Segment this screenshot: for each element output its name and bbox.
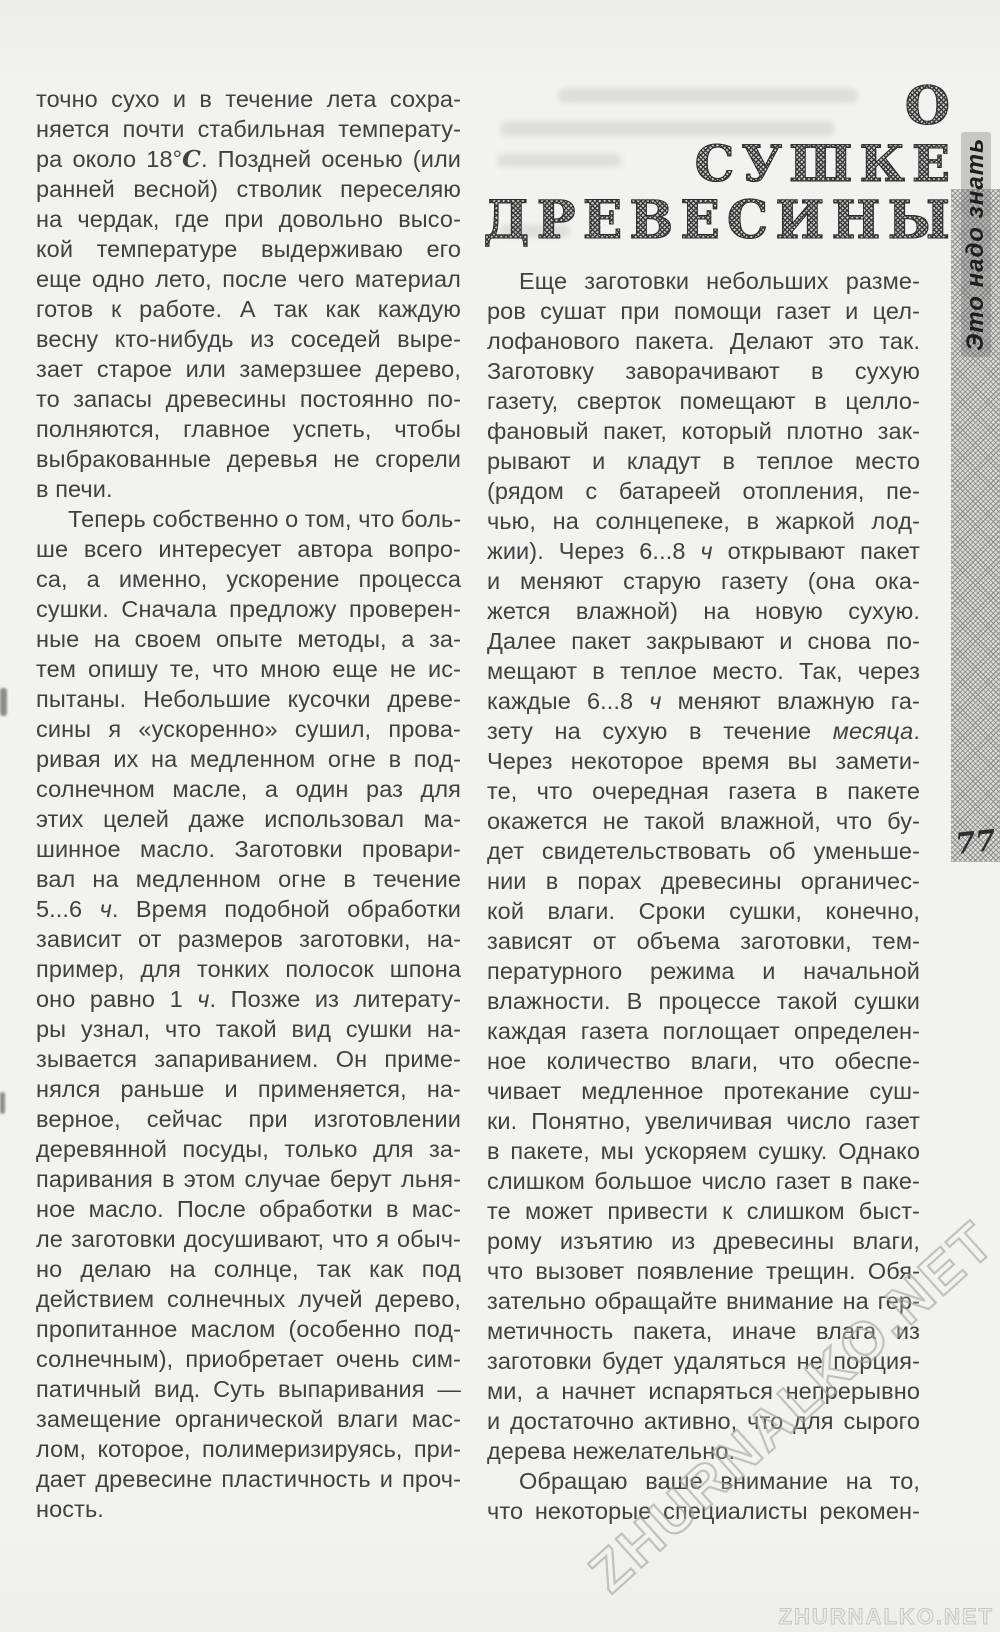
text-segment: ше всего интересует автора вопро- [36, 536, 461, 562]
text-line: Через некоторое время вы замети- [487, 746, 920, 776]
text-segment: Еще заготовки небольших разме- [519, 268, 920, 294]
text-line: зависят от объема заготовки, тем- [487, 926, 920, 956]
text-line: зывается запариванием. Он приме- [36, 1044, 461, 1074]
text-segment: ров сушат при помощи газет и цел- [487, 298, 920, 324]
text-segment: ч [649, 688, 661, 714]
text-segment: (рядом с батареей отопления, пе- [487, 478, 920, 504]
text-segment: фановый пакет, который плотно зак- [487, 418, 920, 444]
text-line: ные на своем опыте методы, а за- [36, 624, 461, 654]
text-line: чивает медленное протекание суш- [487, 1076, 920, 1106]
text-segment: рывают и кладут в теплое место [487, 448, 920, 474]
text-segment: ное масло. После обработки в мас- [36, 1196, 461, 1222]
title-line-1: О [483, 78, 957, 138]
scan-edge-mark [0, 1092, 5, 1114]
text-segment: ные на своем опыте методы, а за- [36, 626, 461, 652]
text-line: окажется не такой влажной, что бу- [487, 806, 920, 836]
text-segment: в пакете, мы ускоряем сушку. Однако [487, 1138, 920, 1164]
text-line: рому изъятию из древесины влаги, [487, 1226, 920, 1256]
text-line: са, а именно, ускорение процесса [36, 564, 461, 594]
text-segment: нии в порах древесины органичес- [487, 868, 920, 894]
text-segment: рому изъятию из древесины влаги, [487, 1228, 920, 1254]
text-line: в печи. [36, 474, 461, 504]
text-segment: ранней весной) стволик переселяю [36, 176, 461, 202]
text-line: ле заготовки досушивают, что я обыч- [36, 1224, 461, 1254]
page-number: 77 [949, 823, 1000, 862]
text-segment: С [182, 145, 201, 173]
text-line: каждые 6...8 ч меняют влажную га- [487, 686, 920, 716]
text-line: дает древесине пластичность и проч- [36, 1464, 461, 1494]
text-line: 5...6 ч. Время подобной обработки [36, 894, 461, 924]
text-line: каждая газета поглощает определен- [487, 1016, 920, 1046]
text-line: и достаточно активно, что для сырого [487, 1406, 920, 1436]
text-line: Еще заготовки небольших разме- [487, 266, 920, 296]
text-line: ше всего интересует автора вопро- [36, 534, 461, 564]
text-segment: зывается запариванием. Он приме- [36, 1046, 461, 1072]
page-scan: О СУШКЕ ДРЕВЕСИНЫ точно сухо и в течение… [0, 0, 1000, 1632]
text-segment: действием солнечных лучей дерево, [36, 1286, 461, 1312]
text-segment: готов к работе. А так как каждую [36, 296, 461, 322]
text-segment: . [913, 718, 920, 744]
text-segment: весну кто-нибудь из соседей выре- [36, 326, 461, 352]
text-segment: зает старое или замерзшее дерево, [36, 356, 461, 382]
text-line: ное количество влаги, что обеспе- [487, 1046, 920, 1076]
text-line: мещают в теплое место. Так, через [487, 656, 920, 686]
text-line: но делаю на солнце, так как под [36, 1254, 461, 1284]
text-segment: зависит от размеров заготовки, на- [36, 926, 461, 952]
text-segment: ность. [36, 1496, 104, 1522]
text-line: кой влаги. Сроки сушки, конечно, [487, 896, 920, 926]
text-segment: зависят от объема заготовки, тем- [487, 928, 920, 954]
text-segment: солнечном масле, а один раз для [36, 776, 461, 802]
text-line: зависит от размеров заготовки, на- [36, 924, 461, 954]
text-segment: на чердак, где при довольно высо- [36, 206, 461, 232]
text-line: оно равно 1 ч. Позже из литерату- [36, 984, 461, 1014]
text-line: нялся раньше и применяется, на- [36, 1074, 461, 1104]
text-line: слишком большое число газет в паке- [487, 1166, 920, 1196]
text-segment: точно сухо и в течение лета сохра- [36, 86, 461, 112]
text-segment: няется почти стабильная температу- [36, 116, 461, 142]
text-segment: чью, на солнцепеке, в жаркой лод- [487, 508, 920, 534]
text-segment: нялся раньше и применяется, на- [36, 1076, 461, 1102]
text-line: ра около 18°С. Поздней осенью (или [36, 144, 461, 174]
text-segment: влажности. В процессе такой сушки [487, 988, 920, 1014]
text-segment: зету на сухую в течение [487, 718, 833, 744]
text-line: ное масло. После обработки в мас- [36, 1194, 461, 1224]
text-line: нии в порах древесины органичес- [487, 866, 920, 896]
text-segment: сины я «ускоренно» сушил, прова- [36, 716, 461, 742]
text-segment: жется влажной) на новую сухую. [487, 598, 920, 624]
text-line: ры узнал, что такой вид сушки на- [36, 1014, 461, 1044]
text-line: газету, сверток помещают в целло- [487, 386, 920, 416]
text-line: замещение органической влаги мас- [36, 1404, 461, 1434]
text-segment: каждая газета поглощает определен- [487, 1018, 920, 1044]
text-segment: ное количество влаги, что обеспе- [487, 1048, 920, 1074]
text-segment: верное, сейчас при изготовлении [36, 1106, 461, 1132]
text-segment: тем опишу те, что мною еще не ис- [36, 656, 461, 682]
text-segment: пример, для тонких полосок шпона [36, 956, 461, 982]
text-line: верное, сейчас при изготовлении [36, 1104, 461, 1134]
text-line: готов к работе. А так как каждую [36, 294, 461, 324]
text-segment: пературного режима и начальной [487, 958, 920, 984]
text-line: пытаны. Небольшие кусочки древе- [36, 684, 461, 714]
text-line: точно сухо и в течение лета сохра- [36, 84, 461, 114]
text-segment: в печи. [36, 476, 113, 502]
text-line: действием солнечных лучей дерево, [36, 1284, 461, 1314]
text-segment: лом, которое, полимеризируясь, при- [36, 1436, 461, 1462]
text-line: зету на сухую в течение месяца. [487, 716, 920, 746]
article-title: О СУШКЕ ДРЕВЕСИНЫ [483, 78, 950, 251]
text-segment: ч [100, 896, 112, 922]
text-line: солнечным), приобретает очень сим- [36, 1344, 461, 1374]
text-segment: 5...6 [36, 896, 100, 922]
text-segment: мещают в теплое место. Так, через [487, 658, 920, 684]
text-segment: газету, сверток помещают в целло- [487, 388, 920, 414]
title-line-2: СУШКЕ [483, 138, 957, 193]
text-line: пример, для тонких полосок шпона [36, 954, 461, 984]
text-segment: ле заготовки досушивают, что я обыч- [36, 1226, 461, 1252]
text-segment: ч [700, 538, 712, 564]
text-line: фановый пакет, который плотно зак- [487, 416, 920, 446]
text-line: (рядом с батареей отопления, пе- [487, 476, 920, 506]
text-line: патичный вид. Суть выпаривания — [36, 1374, 461, 1404]
text-segment: каждые 6...8 [487, 688, 649, 714]
text-segment: и достаточно активно, что для сырого [487, 1408, 920, 1434]
text-line: ность. [36, 1494, 461, 1524]
text-segment: полняются, главное успеть, чтобы [36, 416, 461, 442]
text-segment: . Позже из литерату- [210, 986, 462, 1012]
text-segment: вал на медленном огне в течение [36, 866, 461, 892]
text-segment: шинное масло. Заготовки провари- [36, 836, 461, 862]
text-line: полняются, главное успеть, чтобы [36, 414, 461, 444]
text-line: влажности. В процессе такой сушки [487, 986, 920, 1016]
text-segment: слишком большое число газет в паке- [487, 1168, 920, 1194]
text-segment: Далее пакет закрывают и снова по- [487, 628, 920, 654]
text-segment: выбракованные деревья не сгорели [36, 446, 461, 472]
text-segment: дет свидетельствовать об уменьше- [487, 838, 920, 864]
text-segment: оно равно 1 [36, 986, 197, 1012]
text-segment: ч [197, 986, 209, 1012]
corner-watermark: ZHURNALKO.NET [779, 1604, 994, 1630]
text-line: паривания в этом случае берут льня- [36, 1164, 461, 1194]
text-line: на чердак, где при довольно высо- [36, 204, 461, 234]
text-segment: са, а именно, ускорение процесса [36, 566, 461, 592]
text-line: няется почти стабильная температу- [36, 114, 461, 144]
text-line: пературного режима и начальной [487, 956, 920, 986]
text-segment: замещение органической влаги мас- [36, 1406, 461, 1432]
text-line: ки. Понятно, увеличивая число газет [487, 1106, 920, 1136]
text-line: в пакете, мы ускоряем сушку. Однако [487, 1136, 920, 1166]
text-segment: кой влаги. Сроки сушки, конечно, [487, 898, 920, 924]
text-segment: окажется не такой влажной, что бу- [487, 808, 920, 834]
text-segment: но делаю на солнце, так как под [36, 1256, 461, 1282]
text-line: вал на медленном огне в течение [36, 864, 461, 894]
text-segment: пытаны. Небольшие кусочки древе- [36, 686, 461, 712]
text-segment: то запасы древесины постоянно по- [36, 386, 461, 412]
text-segment: паривания в этом случае берут льня- [36, 1166, 461, 1192]
text-segment: еще одно лето, после чего материал [36, 266, 461, 292]
scan-edge-mark [0, 688, 7, 716]
text-segment: жии). Через 6...8 [487, 538, 700, 564]
text-segment: месяца [833, 718, 914, 744]
text-segment: ры узнал, что такой вид сушки на- [36, 1016, 461, 1042]
text-segment: деревянной посуды, только для за- [36, 1136, 461, 1162]
text-line: Заготовку заворачивают в сухую [487, 356, 920, 386]
text-segment: лофанового пакета. Делают это так. [487, 328, 920, 354]
text-line: тем опишу те, что мною еще не ис- [36, 654, 461, 684]
sidebar-band: Это надо знать 77 [951, 189, 1000, 862]
text-segment: пропитанное маслом (особенно под- [36, 1316, 461, 1342]
text-line: дет свидетельствовать об уменьше- [487, 836, 920, 866]
text-line: сушки. Сначала предложу проверен- [36, 594, 461, 624]
text-segment: чивает медленное протекание суш- [487, 1078, 920, 1104]
text-line: то запасы древесины постоянно по- [36, 384, 461, 414]
text-segment: Теперь собственно о том, что боль- [68, 506, 461, 532]
text-segment: ривая их на медленном огне в под- [36, 746, 461, 772]
title-line-3: ДРЕВЕСИНЫ [483, 193, 957, 251]
text-line: пропитанное маслом (особенно под- [36, 1314, 461, 1344]
sidebar-label: Это надо знать [961, 132, 991, 357]
text-line: еще одно лето, после чего материал [36, 264, 461, 294]
text-segment: ра около 18° [36, 146, 182, 172]
text-segment: этих целей даже использовал ма- [36, 806, 461, 832]
text-segment: что вызовет появление трещин. Обя- [487, 1258, 920, 1284]
text-line: чью, на солнцепеке, в жаркой лод- [487, 506, 920, 536]
text-segment: ки. Понятно, увеличивая число газет [487, 1108, 920, 1134]
text-segment: сушки. Сначала предложу проверен- [36, 596, 461, 622]
text-segment: Заготовку заворачивают в сухую [487, 358, 920, 384]
text-segment: дает древесине пластичность и проч- [36, 1466, 461, 1492]
left-column: точно сухо и в течение лета сохра-няется… [36, 84, 461, 1524]
text-segment: те, что очередная газета в пакете [487, 778, 920, 804]
text-segment: . Поздней осенью (или [201, 146, 461, 172]
text-line: Далее пакет закрывают и снова по- [487, 626, 920, 656]
text-segment: и меняют старую газету (она ока- [487, 568, 920, 594]
text-segment: патичный вид. Суть выпаривания — [36, 1376, 461, 1402]
text-line: шинное масло. Заготовки провари- [36, 834, 461, 864]
text-line: лофанового пакета. Делают это так. [487, 326, 920, 356]
text-line: ров сушат при помощи газет и цел- [487, 296, 920, 326]
text-line: солнечном масле, а один раз для [36, 774, 461, 804]
text-segment: солнечным), приобретает очень сим- [36, 1346, 461, 1372]
text-line: кой температуре выдерживаю его [36, 234, 461, 264]
text-line: и меняют старую газету (она ока- [487, 566, 920, 596]
text-line: сины я «ускоренно» сушил, прова- [36, 714, 461, 744]
text-line: Теперь собственно о том, что боль- [36, 504, 461, 534]
text-line: ранней весной) стволик переселяю [36, 174, 461, 204]
text-line: те может привести к слишком быст- [487, 1196, 920, 1226]
text-line: жется влажной) на новую сухую. [487, 596, 920, 626]
text-line: что вызовет появление трещин. Обя- [487, 1256, 920, 1286]
text-line: те, что очередная газета в пакете [487, 776, 920, 806]
text-line: жии). Через 6...8 ч открывают пакет [487, 536, 920, 566]
text-segment: Через некоторое время вы замети- [487, 748, 920, 774]
text-segment: те может привести к слишком быст- [487, 1198, 920, 1224]
text-line: ривая их на медленном огне в под- [36, 744, 461, 774]
text-line: зает старое или замерзшее дерево, [36, 354, 461, 384]
text-segment: открывают пакет [713, 538, 920, 564]
text-line: весну кто-нибудь из соседей выре- [36, 324, 461, 354]
text-segment: кой температуре выдерживаю его [36, 236, 461, 262]
text-line: выбракованные деревья не сгорели [36, 444, 461, 474]
text-segment: меняют влажную га- [662, 688, 920, 714]
text-segment: . Время подобной обработки [112, 896, 461, 922]
text-line: деревянной посуды, только для за- [36, 1134, 461, 1164]
text-line: этих целей даже использовал ма- [36, 804, 461, 834]
text-line: лом, которое, полимеризируясь, при- [36, 1434, 461, 1464]
text-line: рывают и кладут в теплое место [487, 446, 920, 476]
